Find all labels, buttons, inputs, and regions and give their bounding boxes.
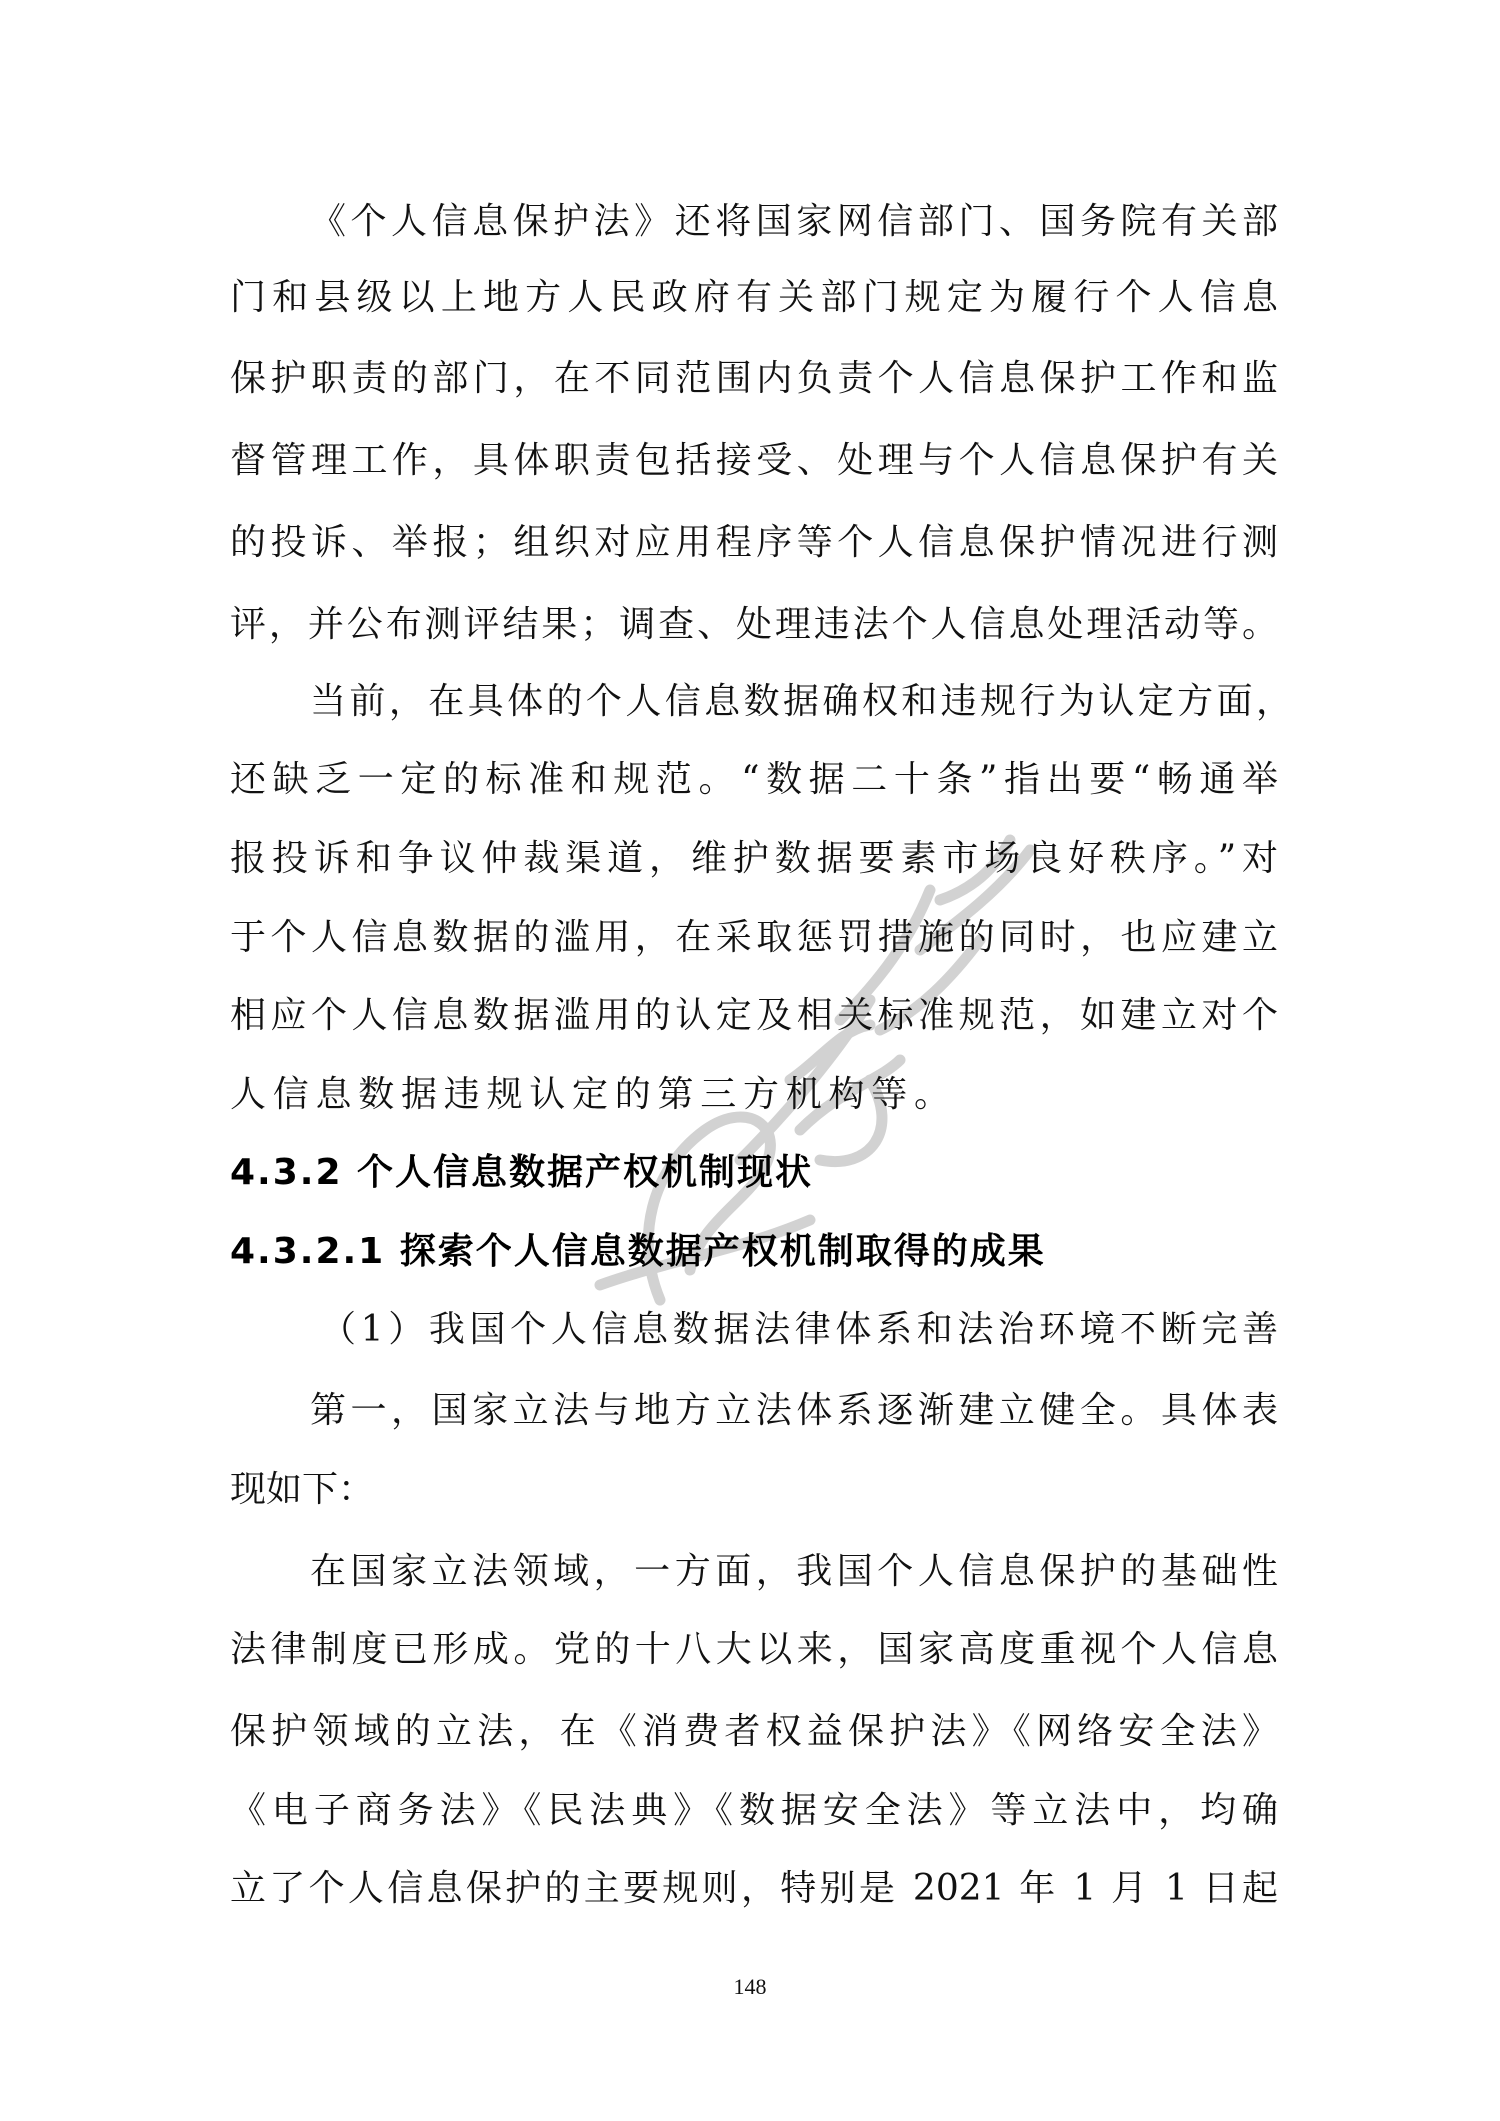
body-line: 《电子商务法》《民法典》《数据安全法》等立法中，均确 <box>230 1785 1278 1837</box>
body-line: 当前，在具体的个人信息数据确权和违规行为认定方面， <box>310 676 1292 728</box>
body-line: 人信息数据违规认定的第三方机构等。 <box>230 1069 950 1121</box>
body-line: 评，并公布测评结果；调查、处理违法个人信息处理活动等。 <box>230 599 1278 651</box>
body-line: 现如下： <box>230 1464 1278 1516</box>
document-page: 《个人信息保护法》还将国家网信部门、国务院有关部 门和县级以上地方人民政府有关部… <box>0 0 1500 2121</box>
body-line: 门和县级以上地方人民政府有关部门规定为履行个人信息 <box>230 272 1278 324</box>
body-line: 第一，国家立法与地方立法体系逐渐建立健全。具体表 <box>310 1385 1278 1437</box>
body-line: 报投诉和争议仲裁渠道，维护数据要素市场良好秩序。”对 <box>230 833 1278 885</box>
body-line: 在国家立法领域，一方面，我国个人信息保护的基础性 <box>310 1546 1278 1598</box>
numbered-subheading: （1）我国个人信息数据法律体系和法治环境不断完善 <box>320 1304 1278 1356</box>
body-line: 还缺乏一定的标准和规范。“数据二十条”指出要“畅通举 <box>230 754 1278 806</box>
body-line: 相应个人信息数据滥用的认定及相关标准规范，如建立对个 <box>230 990 1278 1042</box>
page-number: 148 <box>0 1974 1500 2000</box>
body-line: 立了个人信息保护的主要规则，特别是 2021 年 1 月 1 日起 <box>230 1863 1278 1915</box>
body-line: 保护职责的部门，在不同范围内负责个人信息保护工作和监 <box>230 353 1278 405</box>
body-line: 督管理工作，具体职责包括接受、处理与个人信息保护有关 <box>230 435 1278 487</box>
body-line: 《个人信息保护法》还将国家网信部门、国务院有关部 <box>310 196 1278 248</box>
section-heading: 4.3.2 个人信息数据产权机制现状 <box>230 1147 1278 1199</box>
body-line: 保护领域的立法，在《消费者权益保护法》《网络安全法》 <box>230 1706 1278 1758</box>
body-line: 法律制度已形成。党的十八大以来，国家高度重视个人信息 <box>230 1624 1278 1676</box>
body-line: 的投诉、举报；组织对应用程序等个人信息保护情况进行测 <box>230 517 1278 569</box>
subsection-heading: 4.3.2.1 探索个人信息数据产权机制取得的成果 <box>230 1226 1278 1278</box>
body-line: 于个人信息数据的滥用，在采取惩罚措施的同时，也应建立 <box>230 912 1278 964</box>
